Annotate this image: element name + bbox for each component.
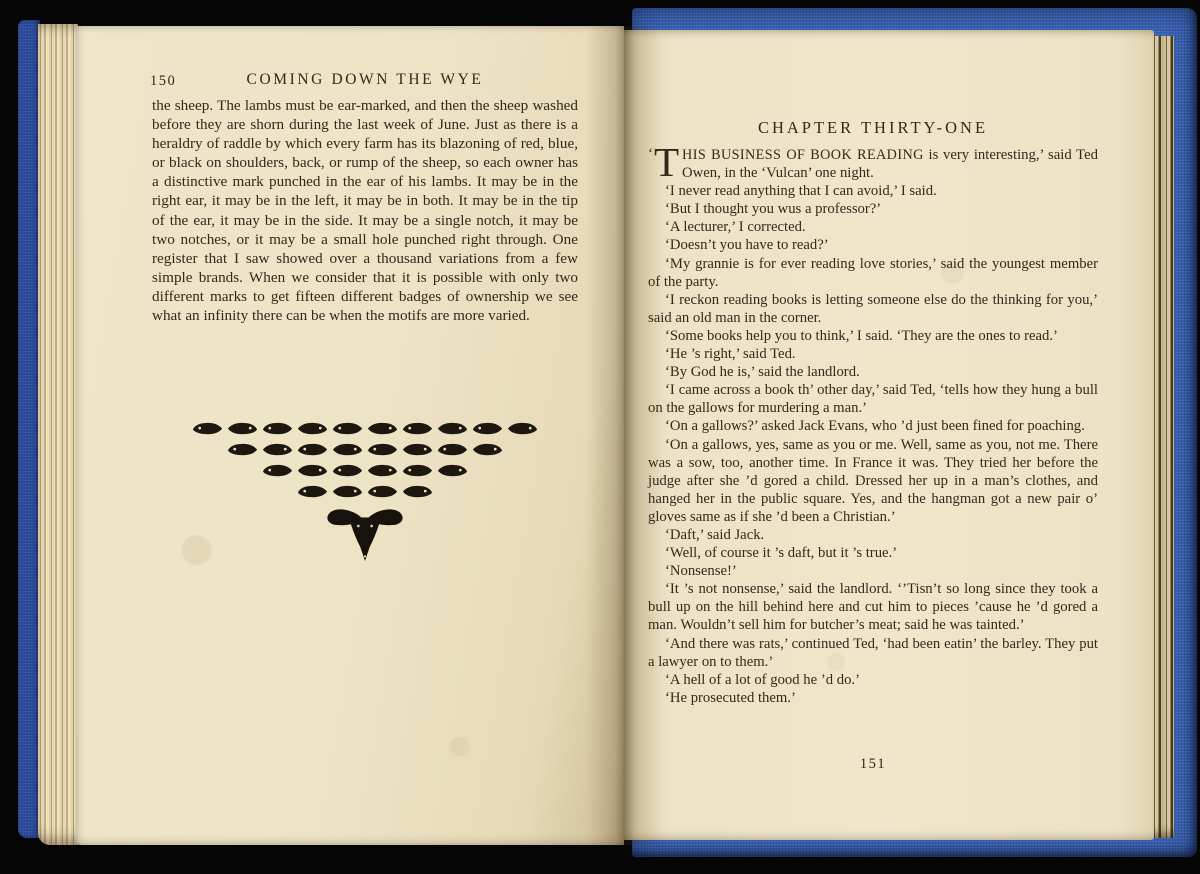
lying-sheep-icon [332, 421, 363, 436]
lying-sheep-icon [227, 421, 258, 436]
lying-sheep-icon [367, 484, 398, 499]
paragraph: ‘It ’s not nonsense,’ said the landlord.… [648, 580, 1098, 634]
lying-sheep-icon [472, 442, 503, 457]
opening-quote: ‘ [648, 147, 653, 161]
flock-row [190, 421, 540, 436]
lying-sheep-icon [402, 484, 433, 499]
paragraph: ‘My grannie is for ever reading love sto… [648, 255, 1098, 291]
paragraph: ‘He prosecuted them.’ [648, 689, 1098, 707]
paragraph: ‘I never read anything that I can avoid,… [648, 182, 1098, 200]
lying-sheep-icon [402, 442, 433, 457]
left-page: 150 COMING DOWN THE WYE the sheep. The l… [76, 26, 624, 845]
lying-sheep-icon [367, 421, 398, 436]
lying-sheep-icon [227, 442, 258, 457]
paragraph: ‘I came across a book th’ other day,’ sa… [648, 381, 1098, 417]
lying-sheep-icon [262, 442, 293, 457]
right-page-number: 151 [648, 756, 1098, 773]
paragraph: ‘And there was rats,’ continued Ted, ‘ha… [648, 635, 1098, 671]
paragraph: ‘He ’s right,’ said Ted. [648, 345, 1098, 363]
paragraph: ‘A lecturer,’ I corrected. [648, 218, 1098, 236]
lying-sheep-icon [437, 421, 468, 436]
chapter-heading: CHAPTER THIRTY-ONE [648, 118, 1098, 138]
running-head: COMING DOWN THE WYE [152, 71, 578, 89]
paragraph: ‘Doesn’t you have to read?’ [648, 236, 1098, 254]
paragraph: ‘Nonsense!’ [648, 562, 1098, 580]
lying-sheep-icon [402, 463, 433, 478]
lying-sheep-icon [192, 421, 223, 436]
lying-sheep-icon [262, 421, 293, 436]
lying-sheep-icon [332, 484, 363, 499]
opening-smallcaps: HIS BUSINESS OF BOOK READING [682, 147, 924, 163]
opening-paragraph: ‘THIS BUSINESS OF BOOK READING is very i… [648, 146, 1098, 182]
right-page: CHAPTER THIRTY-ONE ‘THIS BUSINESS OF BOO… [624, 30, 1154, 840]
lying-sheep-icon [367, 442, 398, 457]
page-edge-stack-right [1152, 36, 1174, 838]
lying-sheep-icon [472, 421, 503, 436]
sheep-flock-illustration [152, 418, 578, 569]
lying-sheep-icon [437, 463, 468, 478]
right-page-text: ‘THIS BUSINESS OF BOOK READING is very i… [648, 146, 1098, 707]
paragraph: ‘A hell of a lot of good he ’d do.’ [648, 671, 1098, 689]
paragraph: ‘By God he is,’ said the landlord. [648, 363, 1098, 381]
book-spine-left [18, 20, 40, 838]
flock-row [225, 442, 505, 457]
photograph-of-open-book: { "book": { "title_running_head": "COMIN… [0, 0, 1200, 874]
lying-sheep-icon [297, 421, 328, 436]
lying-sheep-icon [507, 421, 538, 436]
lying-sheep-icon [297, 463, 328, 478]
lying-sheep-icon [297, 484, 328, 499]
paragraph: ‘Well, of course it ’s daft, but it ’s t… [648, 544, 1098, 562]
lying-sheep-icon [262, 463, 293, 478]
drop-cap: T [654, 146, 682, 178]
paragraph: ‘I reckon reading books is letting someo… [648, 291, 1098, 327]
paragraph: ‘Daft,’ said Jack. [648, 526, 1098, 544]
page-edge-stack-left [38, 24, 78, 845]
paragraph: ‘Some books help you to think,’ I said. … [648, 327, 1098, 345]
lying-sheep-icon [332, 463, 363, 478]
lying-sheep-icon [297, 442, 328, 457]
lying-sheep-icon [367, 463, 398, 478]
paragraph: ‘On a gallows, yes, same as you or me. W… [648, 436, 1098, 526]
flock-row [295, 484, 435, 499]
left-page-text: the sheep. The lambs must be ear-marked,… [152, 96, 578, 325]
sheep-head-icon [325, 507, 405, 569]
paragraph: ‘On a gallows?’ asked Jack Evans, who ’d… [648, 417, 1098, 435]
lying-sheep-icon [437, 442, 468, 457]
paragraph: ‘But I thought you wus a professor?’ [648, 200, 1098, 218]
right-page-paragraphs: ‘I never read anything that I can avoid,… [648, 182, 1098, 707]
flock-row [260, 463, 470, 478]
lying-sheep-icon [332, 442, 363, 457]
lying-sheep-icon [402, 421, 433, 436]
